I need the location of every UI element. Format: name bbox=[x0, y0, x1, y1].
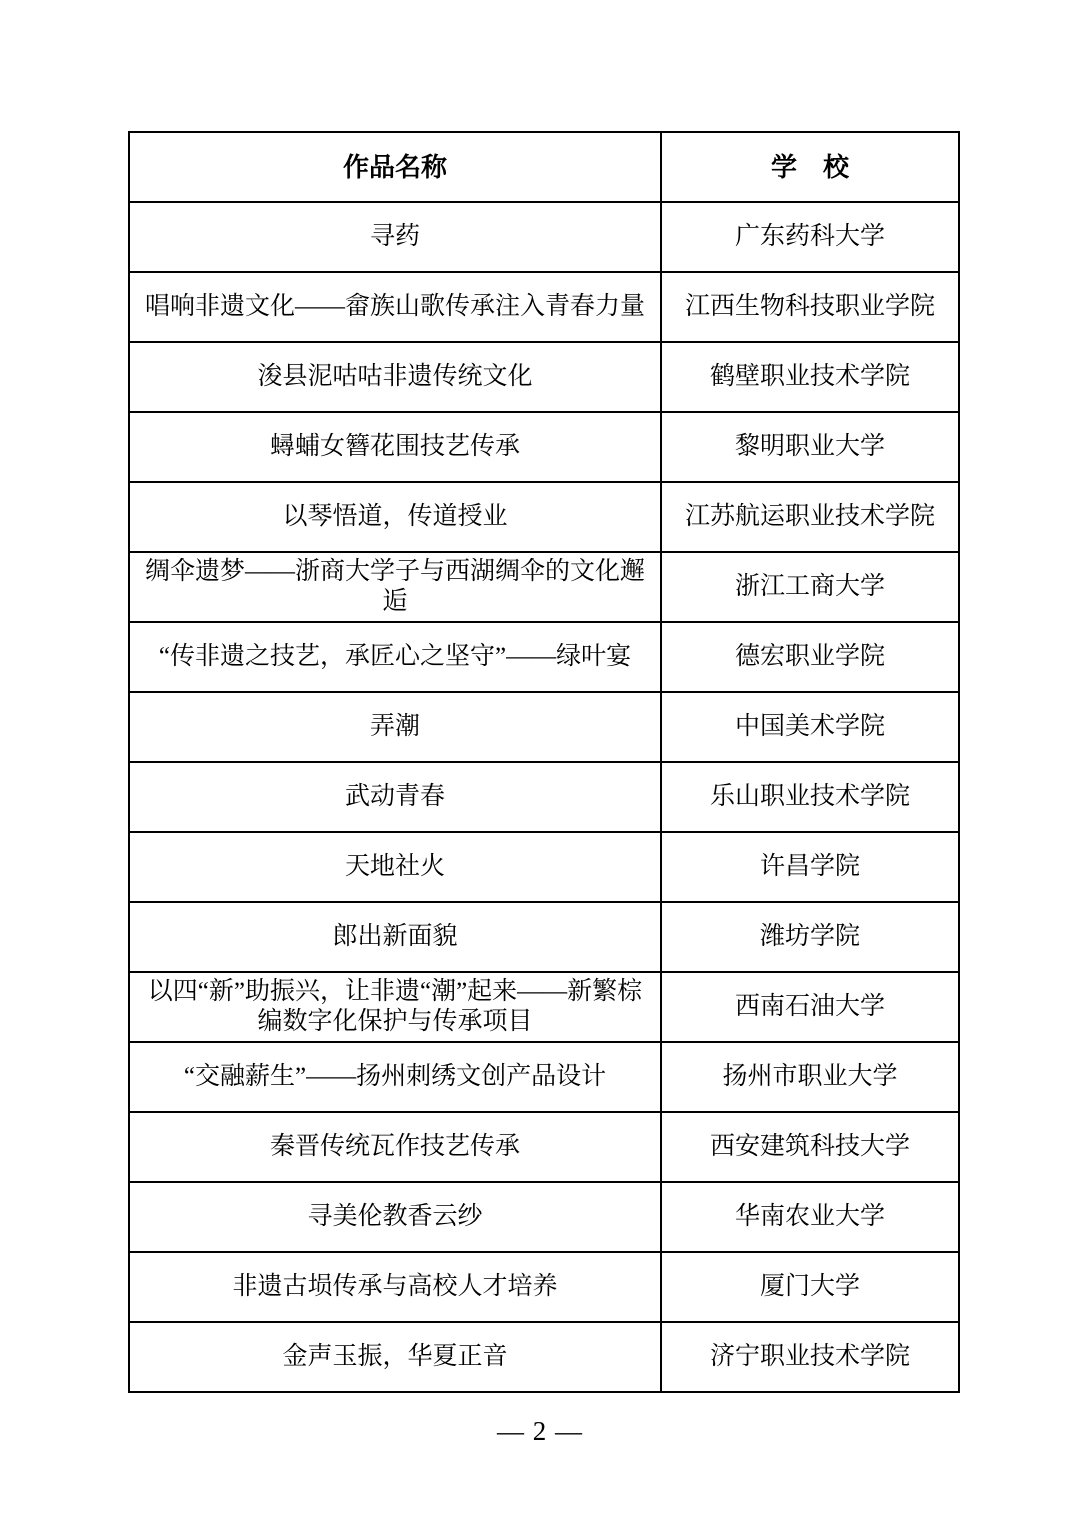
work-title: 寻药 bbox=[129, 202, 661, 272]
school-name: 浙江工商大学 bbox=[661, 552, 959, 622]
table-row: 以四“新”助振兴，让非遗“潮”起来——新繁棕编数字化保护与传承项目 西南石油大学 bbox=[129, 972, 959, 1042]
table-row: 武动青春 乐山职业技术学院 bbox=[129, 762, 959, 832]
work-title: 绸伞遗梦——浙商大学子与西湖绸伞的文化邂逅 bbox=[129, 552, 661, 622]
table-row: 以琴悟道，传道授业 江苏航运职业技术学院 bbox=[129, 482, 959, 552]
school-name: 华南农业大学 bbox=[661, 1182, 959, 1252]
page-number: — 2 — bbox=[0, 1416, 1080, 1447]
work-title: 金声玉振，华夏正音 bbox=[129, 1322, 661, 1392]
work-title: 寻美伦教香云纱 bbox=[129, 1182, 661, 1252]
table-row: 非遗古埙传承与高校人才培养 厦门大学 bbox=[129, 1252, 959, 1322]
school-name: 西南石油大学 bbox=[661, 972, 959, 1042]
table-row: 金声玉振，华夏正音 济宁职业技术学院 bbox=[129, 1322, 959, 1392]
work-title: 浚县泥咕咕非遗传统文化 bbox=[129, 342, 661, 412]
header-school: 学 校 bbox=[661, 132, 959, 202]
work-title: 蟳蜅女簪花围技艺传承 bbox=[129, 412, 661, 482]
school-name: 黎明职业大学 bbox=[661, 412, 959, 482]
table-row: 蟳蜅女簪花围技艺传承 黎明职业大学 bbox=[129, 412, 959, 482]
school-name: 潍坊学院 bbox=[661, 902, 959, 972]
table-row: “传非遗之技艺，承匠心之坚守”——绿叶宴 德宏职业学院 bbox=[129, 622, 959, 692]
works-schools-table: 作品名称 学 校 寻药 广东药科大学 唱响非遗文化——畲族山歌传承注入青春力量 … bbox=[128, 131, 960, 1393]
work-title: “交融薪生”——扬州刺绣文创产品设计 bbox=[129, 1042, 661, 1112]
school-name: 许昌学院 bbox=[661, 832, 959, 902]
school-name: 济宁职业技术学院 bbox=[661, 1322, 959, 1392]
table-row: 浚县泥咕咕非遗传统文化 鹤壁职业技术学院 bbox=[129, 342, 959, 412]
school-name: 西安建筑科技大学 bbox=[661, 1112, 959, 1182]
table-row: 绸伞遗梦——浙商大学子与西湖绸伞的文化邂逅 浙江工商大学 bbox=[129, 552, 959, 622]
school-name: 江苏航运职业技术学院 bbox=[661, 482, 959, 552]
table-row: 秦晋传统瓦作技艺传承 西安建筑科技大学 bbox=[129, 1112, 959, 1182]
table-header-row: 作品名称 学 校 bbox=[129, 132, 959, 202]
work-title: 唱响非遗文化——畲族山歌传承注入青春力量 bbox=[129, 272, 661, 342]
table-row: 唱响非遗文化——畲族山歌传承注入青春力量 江西生物科技职业学院 bbox=[129, 272, 959, 342]
document-page: 作品名称 学 校 寻药 广东药科大学 唱响非遗文化——畲族山歌传承注入青春力量 … bbox=[0, 0, 1080, 1528]
school-name: 广东药科大学 bbox=[661, 202, 959, 272]
work-title: 武动青春 bbox=[129, 762, 661, 832]
work-title: 以四“新”助振兴，让非遗“潮”起来——新繁棕编数字化保护与传承项目 bbox=[129, 972, 661, 1042]
work-title: “传非遗之技艺，承匠心之坚守”——绿叶宴 bbox=[129, 622, 661, 692]
work-title: 以琴悟道，传道授业 bbox=[129, 482, 661, 552]
header-work-title: 作品名称 bbox=[129, 132, 661, 202]
table-row: 寻美伦教香云纱 华南农业大学 bbox=[129, 1182, 959, 1252]
table-row: 弄潮 中国美术学院 bbox=[129, 692, 959, 762]
school-name: 江西生物科技职业学院 bbox=[661, 272, 959, 342]
work-title: 秦晋传统瓦作技艺传承 bbox=[129, 1112, 661, 1182]
school-name: 厦门大学 bbox=[661, 1252, 959, 1322]
table-row: 天地社火 许昌学院 bbox=[129, 832, 959, 902]
work-title: 天地社火 bbox=[129, 832, 661, 902]
school-name: 德宏职业学院 bbox=[661, 622, 959, 692]
school-name: 中国美术学院 bbox=[661, 692, 959, 762]
table-row: 郎出新面貌 潍坊学院 bbox=[129, 902, 959, 972]
work-title: 郎出新面貌 bbox=[129, 902, 661, 972]
work-title: 弄潮 bbox=[129, 692, 661, 762]
table-row: “交融薪生”——扬州刺绣文创产品设计 扬州市职业大学 bbox=[129, 1042, 959, 1112]
school-name: 扬州市职业大学 bbox=[661, 1042, 959, 1112]
school-name: 乐山职业技术学院 bbox=[661, 762, 959, 832]
work-title: 非遗古埙传承与高校人才培养 bbox=[129, 1252, 661, 1322]
school-name: 鹤壁职业技术学院 bbox=[661, 342, 959, 412]
table-row: 寻药 广东药科大学 bbox=[129, 202, 959, 272]
